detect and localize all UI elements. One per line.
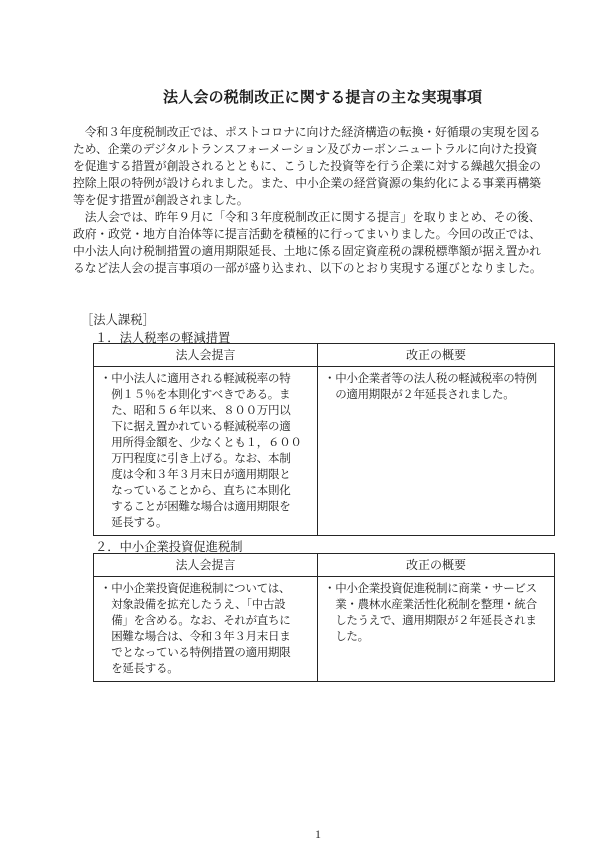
table-2-revision-summary-cell: ・中小企業投資促進税制に商業・サービス 業・農林水産業活性化税制を整理・統合 し… bbox=[318, 577, 554, 681]
table-1-proposal-cell: ・中小法人に適用される軽減税率の特 例１５％を本則化すべきである。ま た、昭和５… bbox=[94, 367, 318, 535]
table-2-header-row: 法人会提言 改正の概要 bbox=[94, 554, 554, 577]
page-title: 法人会の税制改正に関する提言の主な実現事項 bbox=[163, 86, 482, 107]
table-1-header-row: 法人会提言 改正の概要 bbox=[94, 344, 554, 367]
table-corporate-tax-rate-reduction: 法人会提言 改正の概要 ・中小法人に適用される軽減税率の特 例１５％を本則化すべ… bbox=[93, 343, 555, 536]
table-1-revision-summary-cell: ・中小企業者等の法人税の軽減税率の特例 の適用期限が２年延長されました。 bbox=[318, 367, 554, 535]
table-2-proposal-cell: ・中小企業投資促進税制については、 対象設備を拡充したうえ、「中古設 備」を含め… bbox=[94, 577, 318, 681]
intro-paragraph: 令和３年度税制改正では、ポストコロナに向けた経済構造の転換・好循環の実現を図る … bbox=[73, 124, 542, 277]
table-2-proposal-header: 法人会提言 bbox=[94, 554, 318, 576]
section-label-corporate-taxation: ［法人課税］ bbox=[81, 310, 155, 328]
table-2-revision-summary-header: 改正の概要 bbox=[318, 554, 554, 576]
table-sme-investment-promotion: 法人会提言 改正の概要 ・中小企業投資促進税制については、 対象設備を拡充したう… bbox=[93, 553, 555, 682]
table-1-body-row: ・中小法人に適用される軽減税率の特 例１５％を本則化すべきである。ま た、昭和５… bbox=[94, 367, 554, 535]
table-2-body-row: ・中小企業投資促進税制については、 対象設備を拡充したうえ、「中古設 備」を含め… bbox=[94, 577, 554, 681]
page-number: 1 bbox=[303, 827, 333, 842]
table-1-proposal-header: 法人会提言 bbox=[94, 344, 318, 366]
document-page: 法人会の税制改正に関する提言の主な実現事項 令和３年度税制改正では、ポストコロナ… bbox=[0, 0, 605, 857]
table-1-revision-summary-header: 改正の概要 bbox=[318, 344, 554, 366]
